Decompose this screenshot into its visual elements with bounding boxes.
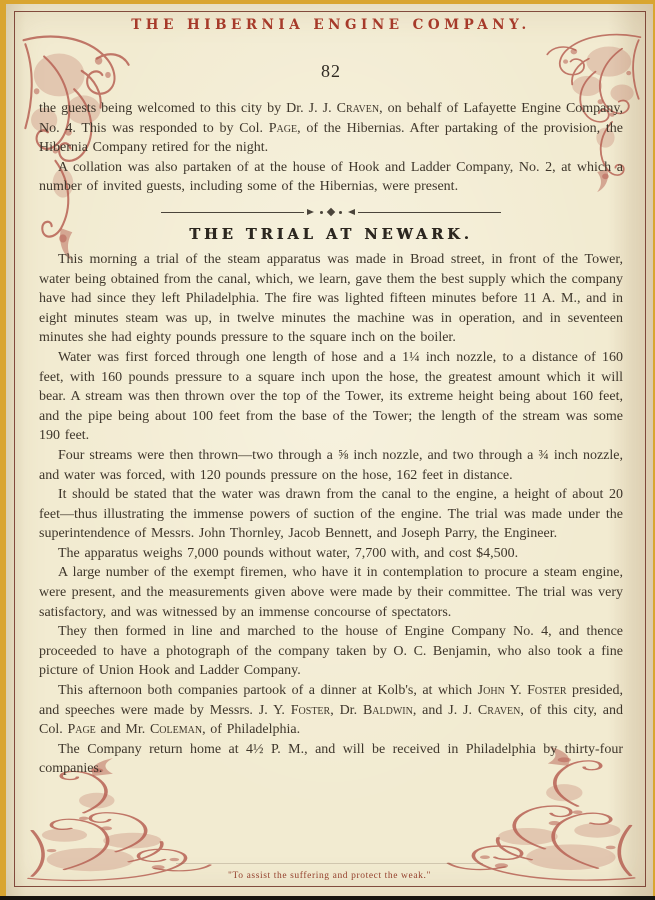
- text-run: A large number of the exempt firemen, wh…: [39, 565, 623, 619]
- intro-paragraphs: the guests being welcomed to this city b…: [39, 99, 623, 197]
- text-run: The apparatus weighs 7,000 pounds withou…: [58, 546, 518, 561]
- paragraph: They then formed in line and marched to …: [39, 622, 623, 681]
- page-number: 82: [39, 61, 623, 82]
- text-run: This afternoon both companies partook of…: [58, 683, 478, 698]
- paragraph: This morning a trial of the steam appara…: [39, 250, 623, 348]
- paragraph: Four streams were then thrown—two throug…: [39, 446, 623, 485]
- text-run: Water was first forced through one lengt…: [39, 350, 623, 443]
- small-caps-name: John Y. Foster: [478, 683, 567, 698]
- text-run: They then formed in line and marched to …: [39, 624, 623, 678]
- small-caps-name: Coleman: [150, 722, 202, 737]
- text-run: and Mr.: [96, 722, 150, 737]
- paragraph: The apparatus weighs 7,000 pounds withou…: [39, 544, 623, 564]
- paragraph: the guests being welcomed to this city b…: [39, 99, 623, 158]
- divider-ornament-icon: [161, 208, 501, 217]
- divider-arrow-right-icon: [307, 209, 314, 215]
- paragraph: Water was first forced through one lengt…: [39, 348, 623, 446]
- text-run: the guests being welcomed to this city b…: [39, 101, 337, 116]
- running-title: THE HIBERNIA ENGINE COMPANY.: [39, 4, 623, 33]
- text-run: The Company return home at 4½ P. M., and…: [39, 742, 623, 777]
- divider-line-left: [161, 212, 304, 213]
- footer-rule: [176, 863, 483, 864]
- small-caps-name: Craven: [478, 703, 521, 718]
- small-caps-name: Craven: [337, 101, 380, 116]
- paragraph: This afternoon both companies partook of…: [39, 681, 623, 740]
- text-run: A collation was also partaken of at the …: [39, 160, 623, 195]
- divider-line-right: [358, 212, 501, 213]
- text-run: Four streams were then thrown—two throug…: [39, 448, 623, 483]
- paragraph: The Company return home at 4½ P. M., and…: [39, 740, 623, 779]
- divider-dot-icon: [339, 211, 342, 214]
- section-heading: THE TRIAL AT NEWARK.: [39, 226, 623, 243]
- paragraph: It should be stated that the water was d…: [39, 485, 623, 544]
- text-run: , of Philadelphia.: [202, 722, 300, 737]
- main-paragraphs: This morning a trial of the steam appara…: [39, 250, 623, 779]
- divider-dot-icon: [320, 211, 323, 214]
- text-run: , Dr.: [330, 703, 363, 718]
- small-caps-name: Page: [269, 121, 297, 136]
- small-caps-name: Foster: [291, 703, 330, 718]
- small-caps-name: Page: [67, 722, 95, 737]
- text-run: , and J. J.: [413, 703, 478, 718]
- book-page: THE HIBERNIA ENGINE COMPANY. 82 the gues…: [6, 4, 653, 896]
- page-content: THE HIBERNIA ENGINE COMPANY. 82 the gues…: [6, 4, 653, 779]
- text-run: This morning a trial of the steam appara…: [39, 252, 623, 345]
- paragraph: A large number of the exempt firemen, wh…: [39, 563, 623, 622]
- divider-arrow-left-icon: [348, 209, 355, 215]
- scan-bottom-edge: [0, 896, 655, 900]
- text-run: It should be stated that the water was d…: [39, 487, 623, 541]
- paragraph: A collation was also partaken of at the …: [39, 158, 623, 197]
- divider-diamond-icon: [327, 208, 335, 216]
- footer-motto: "To assist the suffering and protect the…: [6, 871, 653, 881]
- small-caps-name: Baldwin: [363, 703, 413, 718]
